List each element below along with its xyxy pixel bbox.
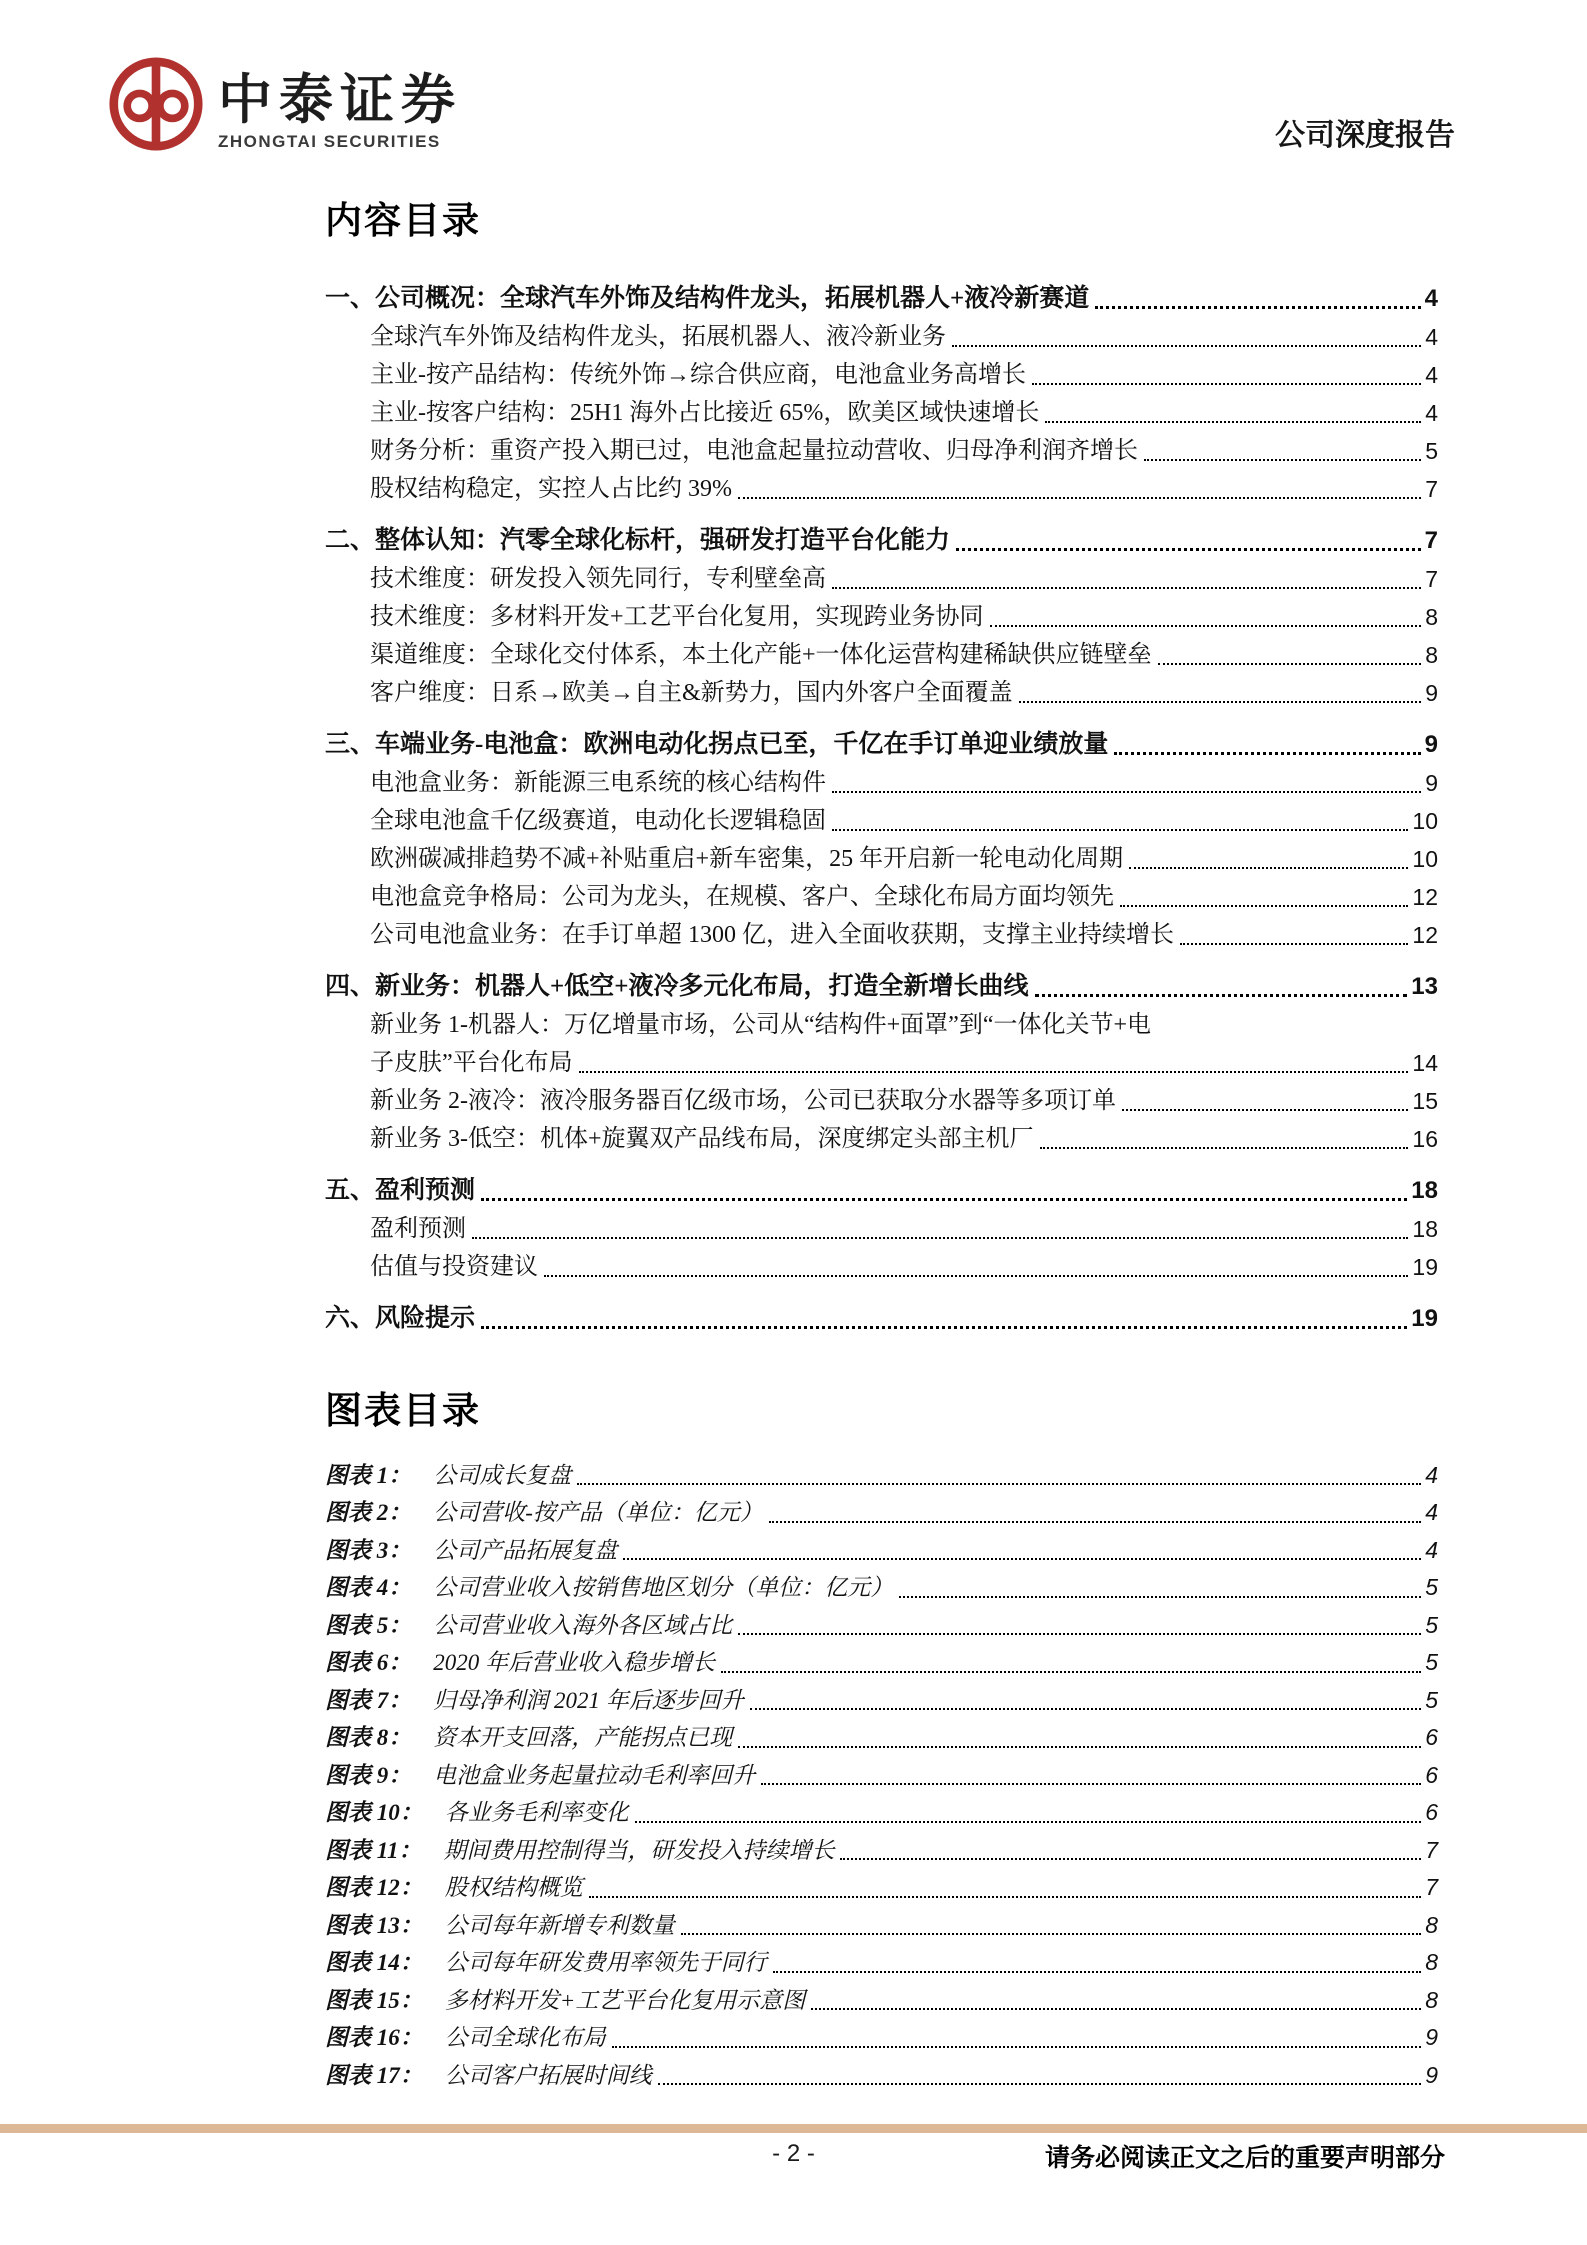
figure-label: 图表 12： (325, 1869, 423, 1907)
toc-entry: 主业-按客户结构：25H1 海外占比接近 65%，欧美区域快速增长4 (325, 394, 1438, 432)
figure-label: 图表 10： (325, 1794, 423, 1832)
figure-page-number: 5 (1425, 1607, 1438, 1645)
dot-leader (738, 497, 1421, 499)
figure-entry-text: 公司客户拓展时间线 (445, 2057, 652, 2095)
figure-entry-text: 多材料开发+工艺平台化复用示意图 (445, 1982, 806, 2020)
dot-leader (1120, 905, 1408, 907)
dot-leader (1180, 943, 1408, 945)
toc-entry: 电池盒竞争格局：公司为龙头，在规模、客户、全球化布局方面均领先12 (325, 878, 1438, 916)
brand-text: 中泰证券 ZHONGTAI SECURITIES (218, 56, 462, 152)
figure-page-number: 4 (1425, 1457, 1438, 1495)
toc-entry: 技术维度：研发投入领先同行，专利壁垒高7 (325, 560, 1438, 598)
brand-logo: 中泰证券 ZHONGTAI SECURITIES (108, 56, 462, 152)
toc-entry-text: 欧洲碳减排趋势不减+补贴重启+新车密集，25 年开启新一轮电动化周期 (370, 840, 1123, 878)
figure-entry-text: 股权结构概览 (445, 1869, 583, 1907)
toc-page-number: 8 (1425, 598, 1438, 636)
figure-entry: 图表 12：股权结构概览7 (325, 1869, 1438, 1907)
figure-label: 图表 7： (325, 1682, 411, 1720)
figure-label: 图表 15： (325, 1982, 423, 2020)
dot-leader (952, 345, 1421, 347)
figure-entry: 图表 14：公司每年研发费用率领先于同行8 (325, 1944, 1438, 1982)
toc-entry-text: 股权结构稳定，实控人占比约 39% (370, 470, 732, 508)
figure-label: 图表 16： (325, 2019, 423, 2057)
dot-leader (738, 1746, 1421, 1748)
toc-page-number: 13 (1411, 968, 1438, 1006)
figure-page-number: 6 (1425, 1719, 1438, 1757)
toc-page-number: 19 (1412, 1248, 1438, 1286)
dot-leader (577, 1483, 1421, 1485)
figure-entry: 图表 15：多材料开发+工艺平台化复用示意图8 (325, 1982, 1438, 2020)
dot-leader (1045, 421, 1421, 423)
figure-entry: 图表 8：资本开支回落，产能拐点已现6 (325, 1719, 1438, 1757)
dot-leader (769, 1521, 1421, 1523)
figure-label: 图表 14： (325, 1944, 423, 1982)
toc-entry-text: 四、新业务：机器人+低空+液冷多元化布局，打造全新增长曲线 (325, 968, 1029, 1006)
figure-page-number: 5 (1425, 1682, 1438, 1720)
figure-label: 图表 9： (325, 1757, 411, 1795)
toc-entry-text: 财务分析：重资产投入期已过，电池盒起量拉动营收、归母净利润齐增长 (370, 432, 1138, 470)
toc-entry: 估值与投资建议19 (325, 1248, 1438, 1286)
dot-leader (990, 625, 1422, 627)
figure-label: 图表 5： (325, 1607, 411, 1645)
figure-entry: 图表 2：公司营收-按产品（单位：亿元）4 (325, 1494, 1438, 1532)
dot-leader (658, 2083, 1421, 2085)
toc-entry: 新业务 1-机器人：万亿增量市场，公司从“结构件+面罩”到“一体化关节+电 (325, 1006, 1438, 1044)
toc-entry-text: 技术维度：多材料开发+工艺平台化复用，实现跨业务协同 (370, 598, 984, 636)
dot-leader (899, 1596, 1421, 1598)
toc-entry-text: 主业-按客户结构：25H1 海外占比接近 65%，欧美区域快速增长 (370, 394, 1039, 432)
figure-label: 图表 3： (325, 1532, 411, 1570)
dot-leader (738, 1633, 1421, 1635)
figure-entry-text: 各业务毛利率变化 (445, 1794, 629, 1832)
dot-leader (635, 1821, 1421, 1823)
toc-page-number: 9 (1425, 674, 1438, 712)
zhongtai-knot-icon (108, 56, 204, 152)
toc-entry: 财务分析：重资产投入期已过，电池盒起量拉动营收、归母净利润齐增长5 (325, 432, 1438, 470)
dot-leader (544, 1275, 1408, 1277)
toc-entry: 欧洲碳减排趋势不减+补贴重启+新车密集，25 年开启新一轮电动化周期10 (325, 840, 1438, 878)
dot-leader (773, 1971, 1421, 1973)
toc-page-number: 9 (1425, 726, 1438, 764)
figure-page-number: 4 (1425, 1494, 1438, 1532)
toc-page-number: 18 (1411, 1172, 1438, 1210)
toc-page-number: 7 (1425, 522, 1438, 560)
figure-entry-text: 资本开支回落，产能拐点已现 (433, 1719, 732, 1757)
toc-page-number: 10 (1412, 840, 1438, 878)
dot-leader (1040, 1147, 1409, 1149)
toc-page-number: 4 (1425, 318, 1438, 356)
figure-entry-text: 电池盒业务起量拉动毛利率回升 (433, 1757, 755, 1795)
figure-entry: 图表 9：电池盒业务起量拉动毛利率回升6 (325, 1757, 1438, 1795)
dot-leader (579, 1071, 1409, 1073)
toc-entries: 一、公司概况：全球汽车外饰及结构件龙头，拓展机器人+液冷新赛道4全球汽车外饰及结… (325, 280, 1438, 1338)
figure-label: 图表 17： (325, 2057, 423, 2095)
figure-entry-text: 公司营收-按产品（单位：亿元） (433, 1494, 763, 1532)
figure-entry: 图表 1：公司成长复盘4 (325, 1457, 1438, 1495)
figure-label: 图表 13： (325, 1907, 423, 1945)
toc-entry-text: 技术维度：研发投入领先同行，专利壁垒高 (370, 560, 826, 598)
toc-page-number: 10 (1412, 802, 1438, 840)
toc-entry-text: 全球汽车外饰及结构件龙头，拓展机器人、液冷新业务 (370, 318, 946, 356)
figure-label: 图表 6： (325, 1644, 411, 1682)
figure-entry: 图表 16：公司全球化布局9 (325, 2019, 1438, 2057)
dot-leader (1122, 1109, 1408, 1111)
figure-label: 图表 8： (325, 1719, 411, 1757)
figure-page-number: 7 (1425, 1869, 1438, 1907)
toc-entry: 全球电池盒千亿级赛道，电动化长逻辑稳固10 (325, 802, 1438, 840)
dot-leader (1019, 701, 1422, 703)
figure-entry-text: 公司成长复盘 (433, 1457, 571, 1495)
toc-page-number: 4 (1425, 356, 1438, 394)
toc-page-number: 14 (1412, 1044, 1438, 1082)
figure-entry-text: 公司全球化布局 (445, 2019, 606, 2057)
toc-entry: 四、新业务：机器人+低空+液冷多元化布局，打造全新增长曲线13 (325, 968, 1438, 1006)
dot-leader (623, 1558, 1421, 1560)
toc-entry-text: 估值与投资建议 (370, 1248, 538, 1286)
toc-entry-text: 客户维度：日系→欧美→自主&新势力，国内外客户全面覆盖 (370, 674, 1013, 712)
toc-entry: 一、公司概况：全球汽车外饰及结构件龙头，拓展机器人+液冷新赛道4 (325, 280, 1438, 318)
toc-page-number: 12 (1412, 916, 1438, 954)
toc-entry: 客户维度：日系→欧美→自主&新势力，国内外客户全面覆盖9 (325, 674, 1438, 712)
toc-entry: 主业-按产品结构：传统外饰→综合供应商，电池盒业务高增长4 (325, 356, 1438, 394)
figure-entry-text: 公司营业收入海外各区域占比 (433, 1607, 732, 1645)
toc-entry: 三、车端业务-电池盒：欧洲电动化拐点已至，千亿在手订单迎业绩放量9 (325, 726, 1438, 764)
toc-entry: 技术维度：多材料开发+工艺平台化复用，实现跨业务协同8 (325, 598, 1438, 636)
dot-leader (1158, 663, 1422, 665)
content-area: 内容目录 一、公司概况：全球汽车外饰及结构件龙头，拓展机器人+液冷新赛道4全球汽… (325, 198, 1438, 2094)
figure-entry: 图表 11：期间费用控制得当，研发投入持续增长7 (325, 1832, 1438, 1870)
toc-page-number: 4 (1425, 394, 1438, 432)
toc-page-number: 12 (1412, 878, 1438, 916)
figure-label: 图表 2： (325, 1494, 411, 1532)
figure-page-number: 8 (1425, 1982, 1438, 2020)
toc-entry: 新业务 3-低空：机体+旋翼双产品线布局，深度绑定头部主机厂16 (325, 1120, 1438, 1158)
figure-entry: 图表 13：公司每年新增专利数量8 (325, 1907, 1438, 1945)
toc-entry-text: 主业-按产品结构：传统外饰→综合供应商，电池盒业务高增长 (370, 356, 1026, 394)
dot-leader (750, 1708, 1421, 1710)
dot-leader (1144, 459, 1421, 461)
figure-entry: 图表 7：归母净利润 2021 年后逐步回升5 (325, 1682, 1438, 1720)
dot-leader (1114, 752, 1420, 755)
figure-entry-text: 公司每年新增专利数量 (445, 1907, 675, 1945)
toc-page-number: 15 (1412, 1082, 1438, 1120)
toc-entry: 公司电池盒业务：在手订单超 1300 亿，进入全面收获期，支撑主业持续增长12 (325, 916, 1438, 954)
toc-entry-text: 一、公司概况：全球汽车外饰及结构件龙头，拓展机器人+液冷新赛道 (325, 280, 1089, 318)
report-page: 中泰证券 ZHONGTAI SECURITIES 公司深度报告 内容目录 一、公… (0, 0, 1587, 2245)
figure-entry: 图表 4：公司营业收入按销售地区划分（单位：亿元）5 (325, 1569, 1438, 1607)
figure-label: 图表 4： (325, 1569, 411, 1607)
dot-leader (811, 2008, 1421, 2010)
figure-entry-text: 公司产品拓展复盘 (433, 1532, 617, 1570)
toc-page-number: 7 (1425, 470, 1438, 508)
figure-entry: 图表 6：2020 年后营业收入稳步增长5 (325, 1644, 1438, 1682)
toc-entry: 五、盈利预测18 (325, 1172, 1438, 1210)
figure-entry: 图表 5：公司营业收入海外各区域占比5 (325, 1607, 1438, 1645)
dot-leader (1032, 383, 1421, 385)
toc-entry: 二、整体认知：汽零全球化标杆，强研发打造平台化能力7 (325, 522, 1438, 560)
figure-entry-text: 归母净利润 2021 年后逐步回升 (433, 1682, 744, 1720)
toc-entry-text: 五、盈利预测 (325, 1172, 475, 1210)
toc-entry-text: 三、车端业务-电池盒：欧洲电动化拐点已至，千亿在手订单迎业绩放量 (325, 726, 1108, 764)
figure-page-number: 8 (1425, 1907, 1438, 1945)
toc-entry: 盈利预测18 (325, 1210, 1438, 1248)
dot-leader (481, 1326, 1407, 1329)
figure-entry-text: 公司每年研发费用率领先于同行 (445, 1944, 767, 1982)
figure-entry: 图表 17：公司客户拓展时间线9 (325, 2057, 1438, 2095)
figure-entries: 图表 1：公司成长复盘4图表 2：公司营收-按产品（单位：亿元）4图表 3：公司… (325, 1457, 1438, 2095)
toc-entry: 新业务 2-液冷：液冷服务器百亿级市场，公司已获取分水器等多项订单15 (325, 1082, 1438, 1120)
figure-entry-text: 2020 年后营业收入稳步增长 (433, 1644, 715, 1682)
figure-page-number: 4 (1425, 1532, 1438, 1570)
toc-page-number: 4 (1425, 280, 1438, 318)
toc-entry-text: 电池盒业务：新能源三电系统的核心结构件 (370, 764, 826, 802)
toc-entry-text: 六、风险提示 (325, 1300, 475, 1338)
figure-page-number: 9 (1425, 2057, 1438, 2095)
toc-title: 内容目录 (325, 198, 1438, 244)
figure-page-number: 7 (1425, 1832, 1438, 1870)
dot-leader (1129, 867, 1408, 869)
dot-leader (840, 1858, 1421, 1860)
toc-entry-text: 公司电池盒业务：在手订单超 1300 亿，进入全面收获期，支撑主业持续增长 (370, 916, 1174, 954)
toc-entry: 股权结构稳定，实控人占比约 39%7 (325, 470, 1438, 508)
dot-leader (721, 1671, 1421, 1673)
dot-leader (472, 1237, 1408, 1239)
dot-leader (589, 1896, 1421, 1898)
toc-entry-text: 二、整体认知：汽零全球化标杆，强研发打造平台化能力 (325, 522, 950, 560)
figure-entry: 图表 10：各业务毛利率变化6 (325, 1794, 1438, 1832)
toc-page-number: 7 (1425, 560, 1438, 598)
toc-page-number: 8 (1425, 636, 1438, 674)
toc-entry: 渠道维度：全球化交付体系，本土化产能+一体化运营构建稀缺供应链壁垒8 (325, 636, 1438, 674)
toc-entry-text: 新业务 2-液冷：液冷服务器百亿级市场，公司已获取分水器等多项订单 (370, 1082, 1116, 1120)
figure-entry-text: 期间费用控制得当，研发投入持续增长 (443, 1832, 834, 1870)
footer-disclaimer: 请务必阅读正文之后的重要声明部分 (1045, 2138, 1445, 2174)
brand-name-cn: 中泰证券 (218, 71, 462, 130)
toc-page-number: 16 (1412, 1120, 1438, 1158)
figure-page-number: 5 (1425, 1644, 1438, 1682)
figure-page-number: 9 (1425, 2019, 1438, 2057)
dot-leader (832, 587, 1421, 589)
figure-page-number: 5 (1425, 1569, 1438, 1607)
toc-entry: 全球汽车外饰及结构件龙头，拓展机器人、液冷新业务4 (325, 318, 1438, 356)
figure-page-number: 6 (1425, 1757, 1438, 1795)
toc-entry-text: 全球电池盒千亿级赛道，电动化长逻辑稳固 (370, 802, 826, 840)
brand-name-en: ZHONGTAI SECURITIES (218, 132, 462, 152)
dot-leader (956, 548, 1421, 551)
toc-entry-text: 电池盒竞争格局：公司为龙头，在规模、客户、全球化布局方面均领先 (370, 878, 1114, 916)
figures-title: 图表目录 (325, 1388, 1438, 1434)
dot-leader (481, 1198, 1407, 1201)
toc-entry-text: 新业务 1-机器人：万亿增量市场，公司从“结构件+面罩”到“一体化关节+电 (370, 1006, 1151, 1044)
toc-page-number: 18 (1412, 1210, 1438, 1248)
figure-page-number: 6 (1425, 1794, 1438, 1832)
dot-leader (681, 1933, 1421, 1935)
figure-entry: 图表 3：公司产品拓展复盘4 (325, 1532, 1438, 1570)
toc-page-number: 9 (1425, 764, 1438, 802)
toc-entry-text: 盈利预测 (370, 1210, 466, 1248)
figure-label: 图表 1： (325, 1457, 411, 1495)
figure-label: 图表 11： (325, 1832, 421, 1870)
dot-leader (1095, 306, 1420, 309)
toc-page-number: 19 (1411, 1300, 1438, 1338)
toc-entry: 子皮肤”平台化布局14 (325, 1044, 1438, 1082)
dot-leader (761, 1783, 1421, 1785)
dot-leader (1035, 994, 1408, 997)
toc-entry: 六、风险提示19 (325, 1300, 1438, 1338)
toc-entry: 电池盒业务：新能源三电系统的核心结构件9 (325, 764, 1438, 802)
dot-leader (832, 829, 1408, 831)
figure-entry-text: 公司营业收入按销售地区划分（单位：亿元） (433, 1569, 893, 1607)
report-type-label: 公司深度报告 (1275, 110, 1455, 154)
toc-entry-text: 新业务 3-低空：机体+旋翼双产品线布局，深度绑定头部主机厂 (370, 1120, 1034, 1158)
figure-page-number: 8 (1425, 1944, 1438, 1982)
toc-entry-text: 渠道维度：全球化交付体系，本土化产能+一体化运营构建稀缺供应链壁垒 (370, 636, 1152, 674)
dot-leader (612, 2046, 1421, 2048)
toc-page-number: 5 (1425, 432, 1438, 470)
toc-entry-text: 子皮肤”平台化布局 (370, 1044, 573, 1082)
dot-leader (832, 791, 1421, 793)
footer-divider (0, 2124, 1587, 2133)
